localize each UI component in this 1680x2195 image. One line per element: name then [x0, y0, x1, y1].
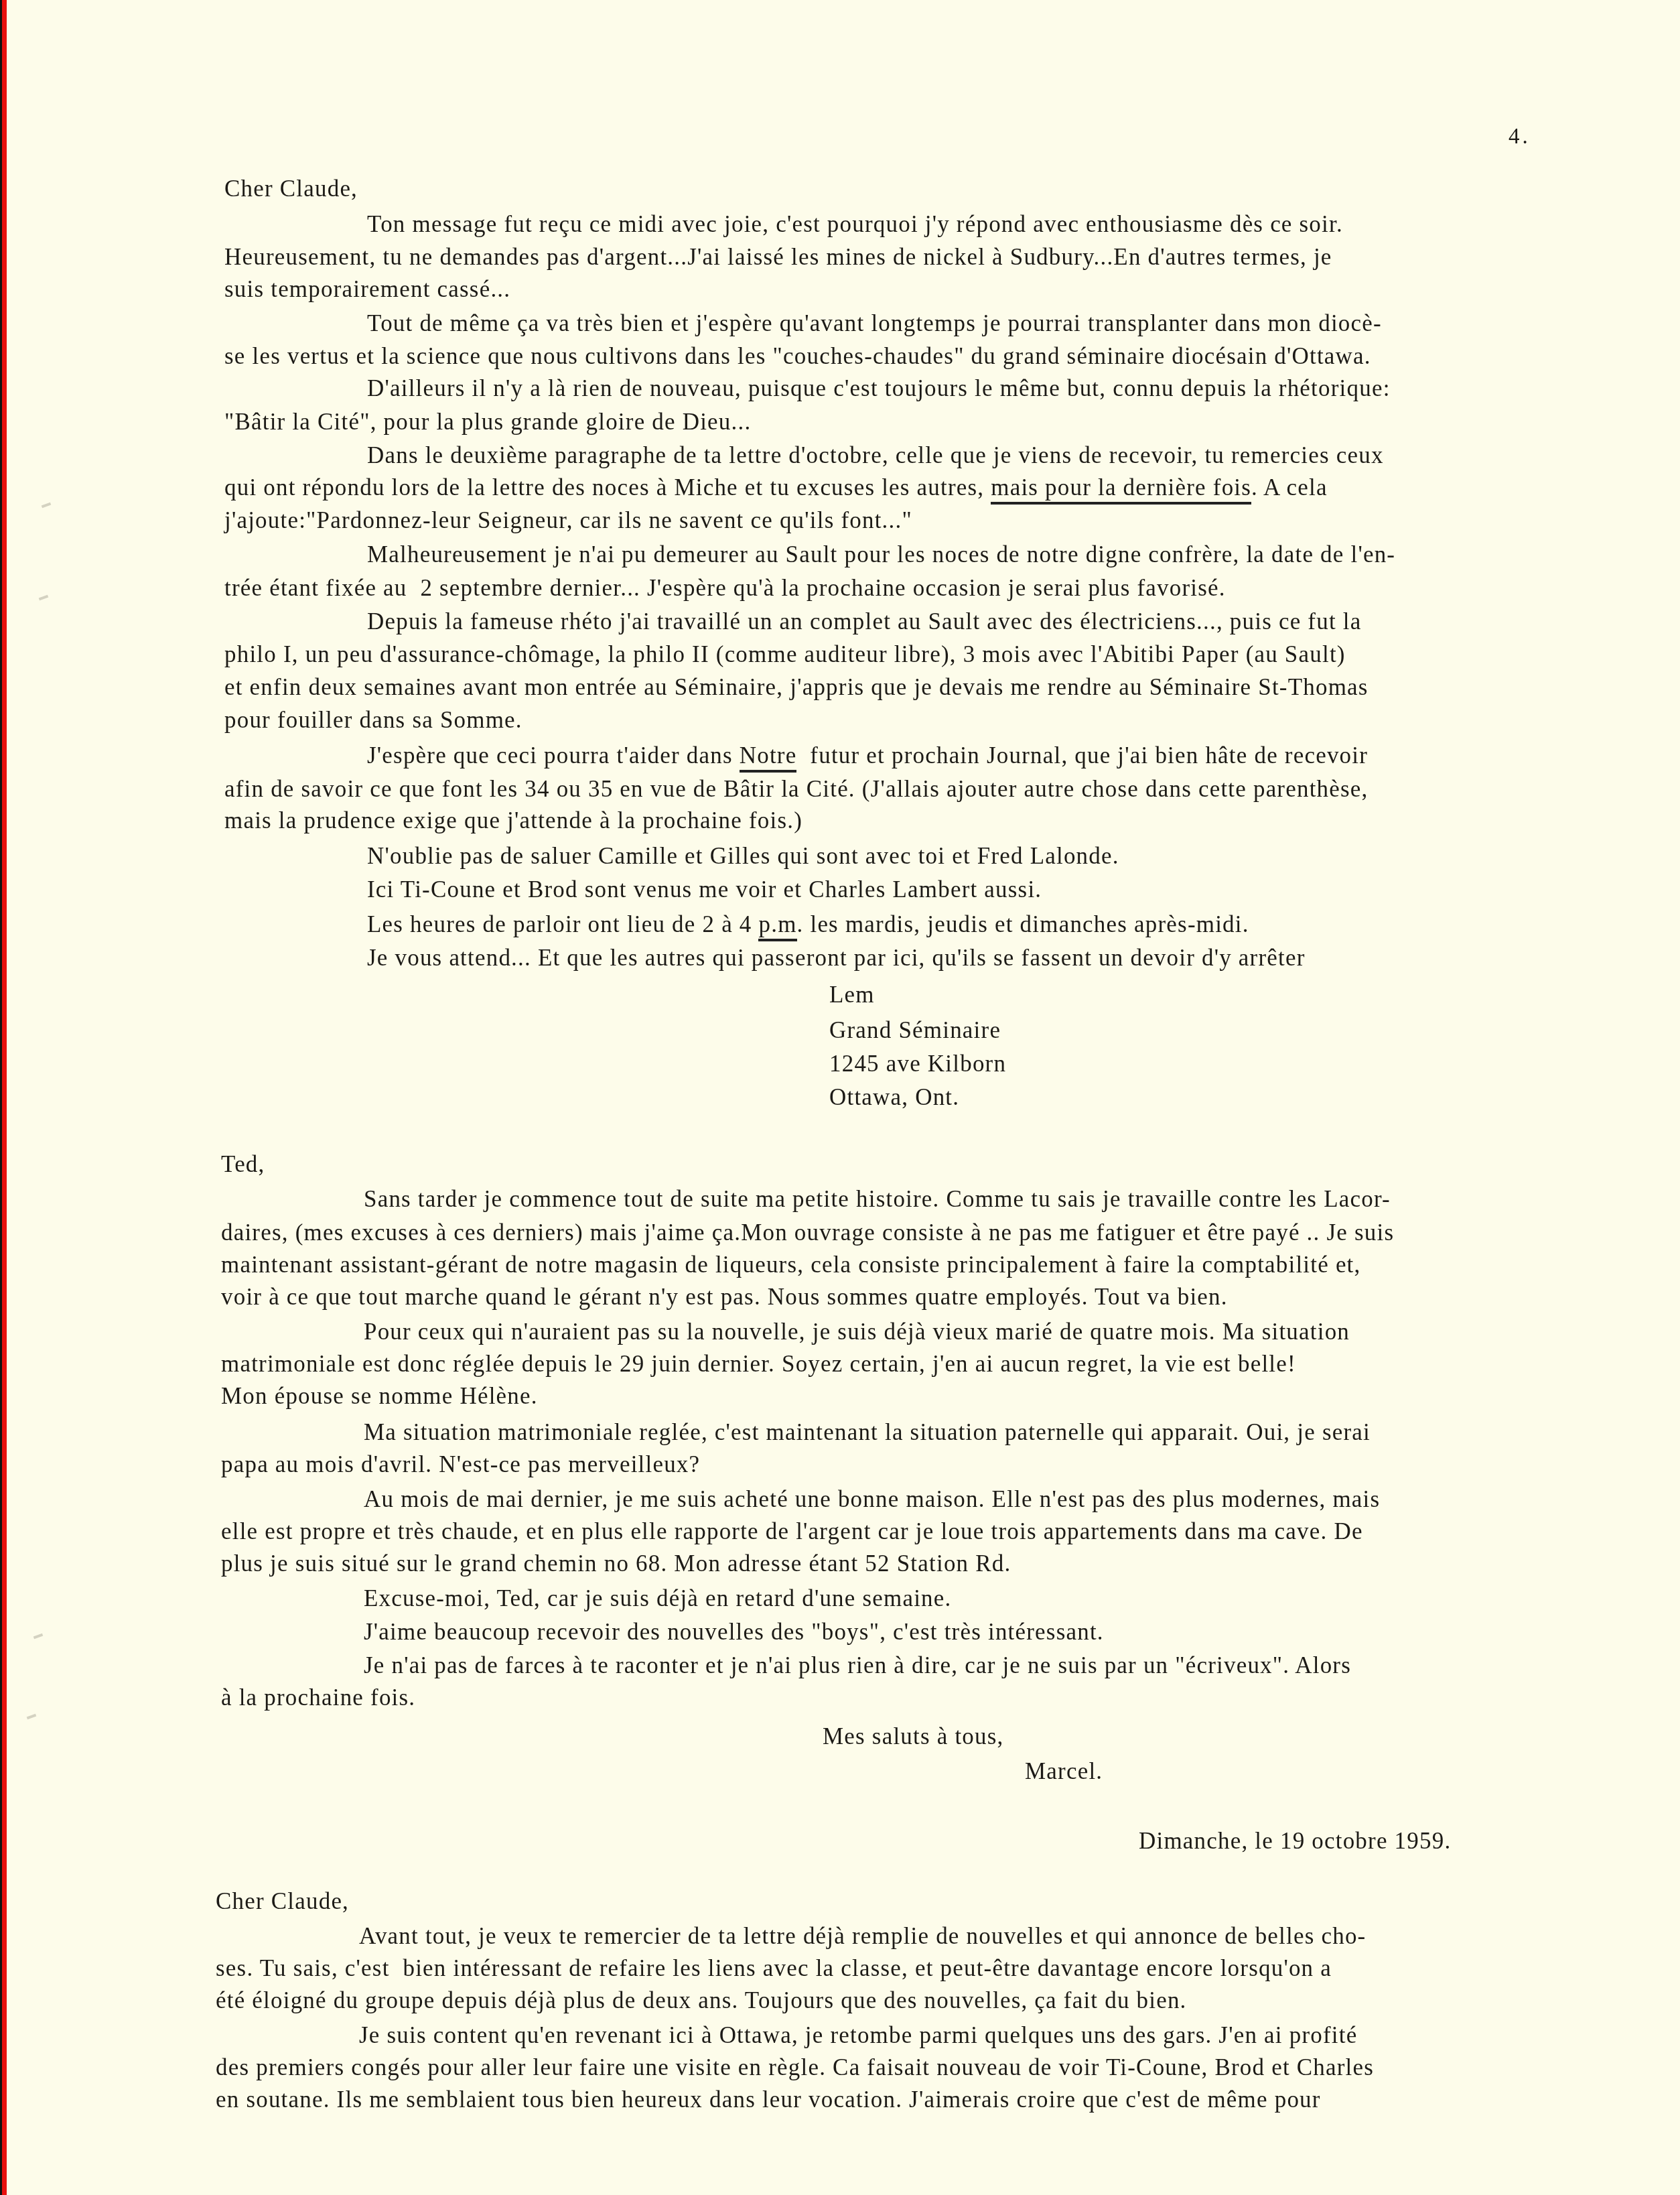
paragraph-line: Ton message fut reçu ce midi avec joie, …: [367, 211, 1343, 238]
paragraph-line: Avant tout, je veux te remercier de ta l…: [359, 1923, 1366, 1950]
paragraph-line: à la prochaine fois.: [221, 1684, 415, 1711]
salutation: Cher Claude,: [224, 176, 358, 202]
paragraph-line: J'aime beaucoup recevoir des nouvelles d…: [364, 1619, 1104, 1646]
signature-line: Ottawa, Ont.: [829, 1084, 959, 1111]
paragraph-line: Heureusement, tu ne demandes pas d'argen…: [224, 244, 1332, 271]
paragraph-line: trée étant fixée au 2 septembre dernier.…: [224, 575, 1226, 602]
paragraph-line: voir à ce que tout marche quand le géran…: [221, 1284, 1228, 1311]
paragraph-line: été éloigné du groupe depuis déjà plus d…: [216, 1987, 1187, 2014]
paragraph-line: N'oublie pas de saluer Camille et Gilles…: [367, 843, 1119, 870]
paragraph-line: des premiers congés pour aller leur fair…: [216, 2054, 1374, 2081]
margin-smudge: [39, 595, 49, 601]
paragraph-line: Ma situation matrimoniale reglée, c'est …: [364, 1419, 1371, 1446]
paragraph-line: Malheureusement je n'ai pu demeurer au S…: [367, 541, 1395, 568]
margin-smudge: [42, 503, 52, 509]
paragraph-line: D'ailleurs il n'y a là rien de nouveau, …: [367, 375, 1391, 402]
paragraph-line: Excuse-moi, Ted, car je suis déjà en ret…: [364, 1585, 952, 1612]
paragraph-line: matrimoniale est donc réglée depuis le 2…: [221, 1351, 1296, 1378]
paragraph-line: elle est propre et très chaude, et en pl…: [221, 1518, 1363, 1545]
signature-name: Marcel.: [1025, 1758, 1103, 1785]
salutation: Cher Claude,: [216, 1888, 349, 1915]
underlined-text: p.m: [758, 911, 796, 941]
paragraph-line: Depuis la fameuse rhéto j'ai travaillé u…: [367, 608, 1361, 635]
paragraph-line: Dans le deuxième paragraphe de ta lettre…: [367, 442, 1384, 469]
paragraph-line: Mon épouse se nomme Hélène.: [221, 1383, 538, 1410]
paragraph-line: en soutane. Ils me semblaient tous bien …: [216, 2086, 1321, 2113]
margin-smudge: [33, 1634, 44, 1640]
letter-date: Dimanche, le 19 octobre 1959.: [1139, 1828, 1451, 1855]
paragraph-line: Tout de même ça va très bien et j'espère…: [367, 310, 1382, 337]
margin-smudge: [27, 1714, 37, 1720]
paragraph-line: Je suis content qu'en revenant ici à Ott…: [359, 2022, 1357, 2049]
paragraph-line: plus je suis situé sur le grand chemin n…: [221, 1550, 1011, 1577]
paragraph-line: et enfin deux semaines avant mon entrée …: [224, 674, 1369, 701]
paragraph-line: afin de savoir ce que font les 34 ou 35 …: [224, 776, 1369, 803]
paragraph-line: Sans tarder je commence tout de suite ma…: [364, 1186, 1391, 1213]
underlined-text: Notre: [740, 742, 797, 773]
paragraph-line: Les heures de parloir ont lieu de 2 à 4 …: [367, 911, 1249, 938]
paragraph-line: J'espère que ceci pourra t'aider dans No…: [367, 742, 1368, 769]
paragraph-line: "Bâtir la Cité", pour la plus grande glo…: [224, 409, 751, 436]
paragraph-line: Pour ceux qui n'auraient pas su la nouve…: [364, 1319, 1350, 1345]
signature-name: Lem: [829, 982, 875, 1008]
paragraph-line: Je n'ai pas de farces à te raconter et j…: [364, 1652, 1351, 1679]
paragraph-line: j'ajoute:"Pardonnez-leur Seigneur, car i…: [224, 507, 912, 534]
paragraph-line: mais la prudence exige que j'attende à l…: [224, 807, 802, 834]
scan-edge-strip: [0, 0, 7, 2195]
paragraph-line: ses. Tu sais, c'est bien intéressant de …: [216, 1955, 1332, 1982]
paragraph-line: suis temporairement cassé...: [224, 276, 510, 303]
paragraph-line: philo I, un peu d'assurance-chômage, la …: [224, 641, 1346, 668]
closing: Mes saluts à tous,: [823, 1723, 1003, 1750]
signature-line: 1245 ave Kilborn: [829, 1051, 1006, 1077]
paragraph-line: Je vous attend... Et que les autres qui …: [367, 945, 1306, 972]
paragraph-line: Au mois de mai dernier, je me suis achet…: [364, 1486, 1380, 1513]
page-number: 4.: [1509, 125, 1531, 149]
paragraph-line: se les vertus et la science que nous cul…: [224, 343, 1371, 370]
salutation: Ted,: [221, 1151, 265, 1178]
paragraph-line: maintenant assistant-gérant de notre mag…: [221, 1252, 1361, 1278]
underlined-text: mais pour la dernière fois: [991, 474, 1251, 505]
paragraph-line: Ici Ti-Coune et Brod sont venus me voir …: [367, 876, 1042, 903]
paragraph-line: qui ont répondu lors de la lettre des no…: [224, 474, 1328, 501]
signature-line: Grand Séminaire: [829, 1017, 1001, 1044]
paragraph-line: papa au mois d'avril. N'est-ce pas merve…: [221, 1451, 700, 1478]
paragraph-line: pour fouiller dans sa Somme.: [224, 707, 522, 734]
paragraph-line: daires, (mes excuses à ces derniers) mai…: [221, 1219, 1394, 1246]
